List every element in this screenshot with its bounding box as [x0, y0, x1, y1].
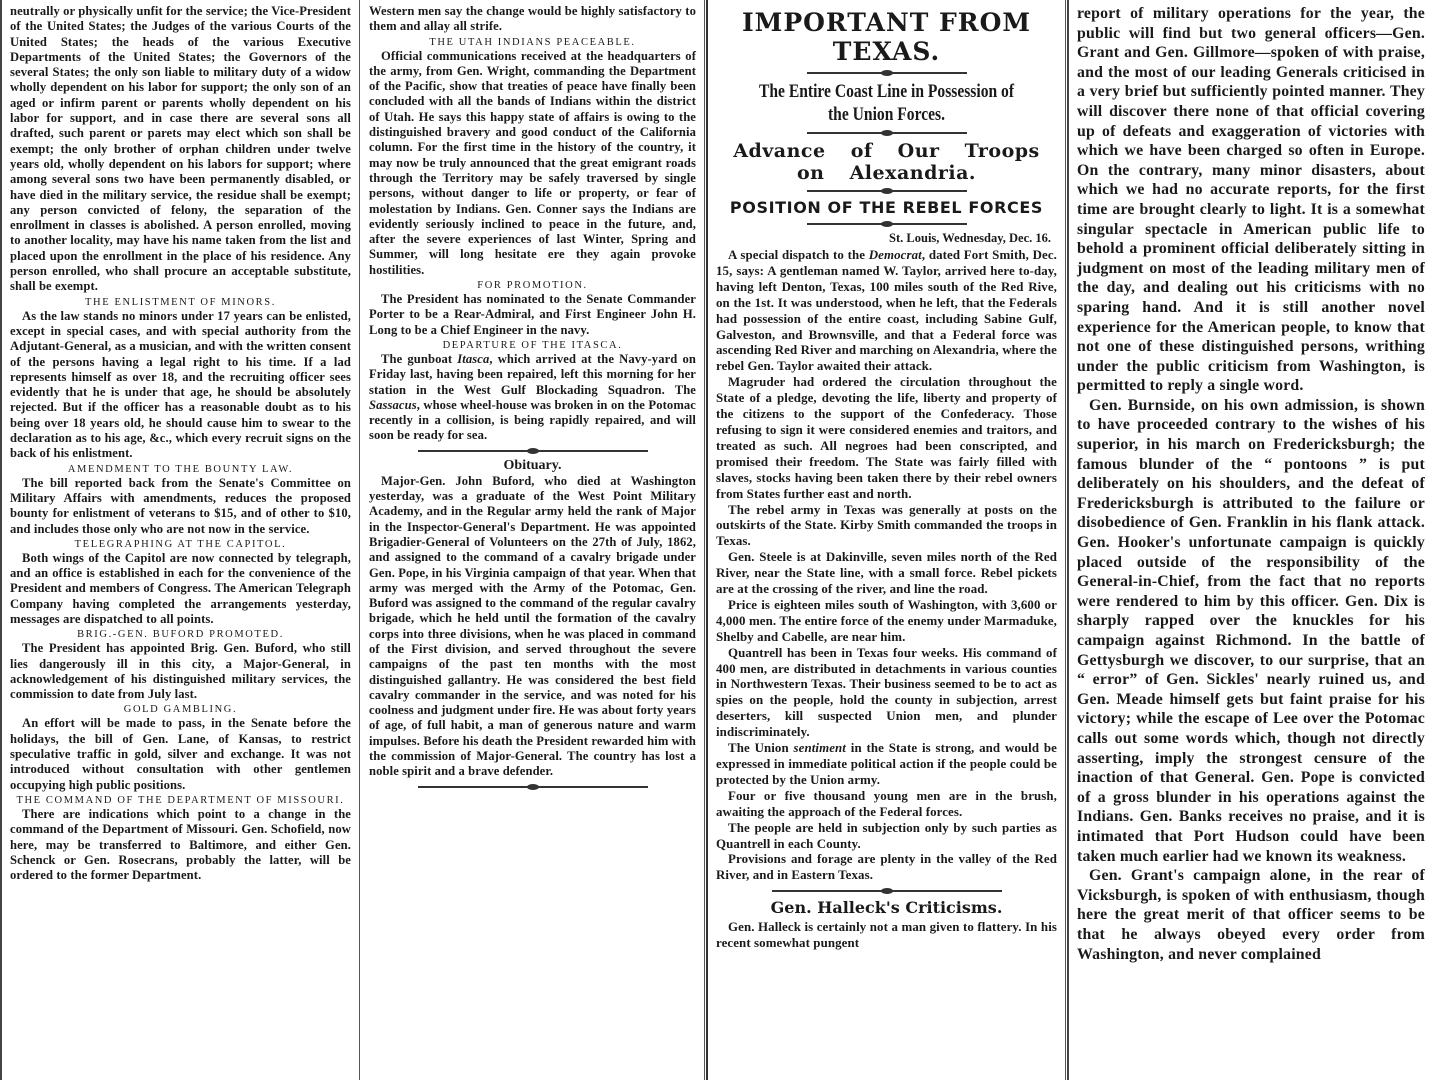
article-text: The people are held in subjection only b…	[716, 821, 1057, 853]
article-text: The gunboat Itasca, which arrived at the…	[369, 352, 696, 444]
divider-rule	[772, 890, 1002, 892]
article-text: Four or five thousand young men are in t…	[716, 789, 1057, 821]
divider-rule	[418, 450, 648, 452]
article-text: There are indications which point to a c…	[10, 807, 351, 883]
article-text: The bill reported back from the Senate's…	[10, 476, 351, 537]
divider-rule	[807, 72, 967, 74]
text-run: , dated Fort Smith, Dec. 15, says: A gen…	[716, 248, 1057, 373]
text-run: The Union	[728, 741, 794, 755]
divider-rule	[807, 223, 967, 225]
article-text: Gen. Steele is at Dakinville, seven mile…	[716, 550, 1057, 598]
column-1: neutrally or physically unfit for the se…	[0, 0, 360, 1080]
article-text: Official communications received at the …	[369, 49, 696, 278]
section-heading: FOR PROMOTION.	[369, 280, 696, 291]
article-text: Major-Gen. John Buford, who died at Wash…	[369, 474, 696, 780]
section-title: Gen. Halleck's Criticisms.	[716, 898, 1057, 917]
headline-deck: POSITION OF THE REBEL FORCES	[716, 198, 1057, 217]
ship-name: Itasca	[457, 352, 489, 366]
column-3: IMPORTANT FROM TEXAS. The Entire Coast L…	[706, 0, 1066, 1080]
article-text: Gen. Grant's campaign alone, in the rear…	[1077, 866, 1425, 964]
section-heading: DEPARTURE OF THE ITASCA.	[369, 340, 696, 351]
section-heading: GOLD GAMBLING.	[10, 704, 351, 715]
section-heading: BRIG.-GEN. BUFORD PROMOTED.	[10, 629, 351, 640]
article-text: Both wings of the Capitol are now connec…	[10, 551, 351, 627]
obituary-heading: Obituary.	[369, 458, 696, 474]
divider-rule	[418, 786, 648, 788]
article-text: The President has nominated to the Senat…	[369, 292, 696, 338]
column-2: Western men say the change would be high…	[361, 0, 705, 1080]
section-heading: AMENDMENT TO THE BOUNTY LAW.	[10, 464, 351, 475]
headline-deck: The Entire Coast Line in Possession of t…	[747, 80, 1027, 126]
section-heading: TELEGRAPHING AT THE CAPITOL.	[10, 539, 351, 550]
headline-deck: Advance of Our Troops on Alexandria.	[716, 140, 1057, 184]
text-run: A special dispatch to the	[728, 248, 869, 262]
article-text: Magruder had ordered the circulation thr…	[716, 375, 1057, 502]
section-heading: THE COMMAND OF THE DEPARTMENT OF MISSOUR…	[10, 795, 351, 806]
article-text: As the law stands no minors under 17 yea…	[10, 309, 351, 462]
article-text: An effort will be made to pass, in the S…	[10, 716, 351, 792]
text-run: The gunboat	[381, 352, 457, 366]
article-text: Quantrell has been in Texas four weeks. …	[716, 646, 1057, 741]
divider-rule	[807, 132, 967, 134]
article-text: Gen. Halleck is certainly not a man give…	[716, 920, 1057, 952]
text-run: , whose wheel-house was broken in on the…	[369, 398, 696, 443]
dateline: St. Louis, Wednesday, Dec. 16.	[716, 231, 1051, 246]
section-heading: THE UTAH INDIANS PEACEABLE.	[369, 37, 696, 48]
column-4: report of military operations for the ye…	[1067, 0, 1433, 1080]
article-text: The rebel army in Texas was generally at…	[716, 503, 1057, 551]
section-heading: THE ENLISTMENT OF MINORS.	[10, 297, 351, 308]
article-text: Price is eighteen miles south of Washing…	[716, 598, 1057, 646]
divider-rule	[807, 190, 967, 192]
article-text: Provisions and forage are plenty in the …	[716, 852, 1057, 884]
ship-name: Sassacus	[369, 398, 417, 412]
newspaper-name: Democrat	[869, 248, 922, 262]
article-text: A special dispatch to the Democrat, date…	[716, 248, 1057, 375]
article-text: Western men say the change would be high…	[369, 4, 696, 35]
article-text: The Union sentiment in the State is stro…	[716, 741, 1057, 789]
article-text: report of military operations for the ye…	[1077, 4, 1425, 396]
article-text: neutrally or physically unfit for the se…	[10, 4, 351, 295]
emphasis: sentiment	[794, 741, 846, 755]
main-headline: IMPORTANT FROM TEXAS.	[716, 8, 1057, 66]
article-text: Gen. Burnside, on his own admission, is …	[1077, 396, 1425, 866]
article-text: The President has appointed Brig. Gen. B…	[10, 641, 351, 702]
